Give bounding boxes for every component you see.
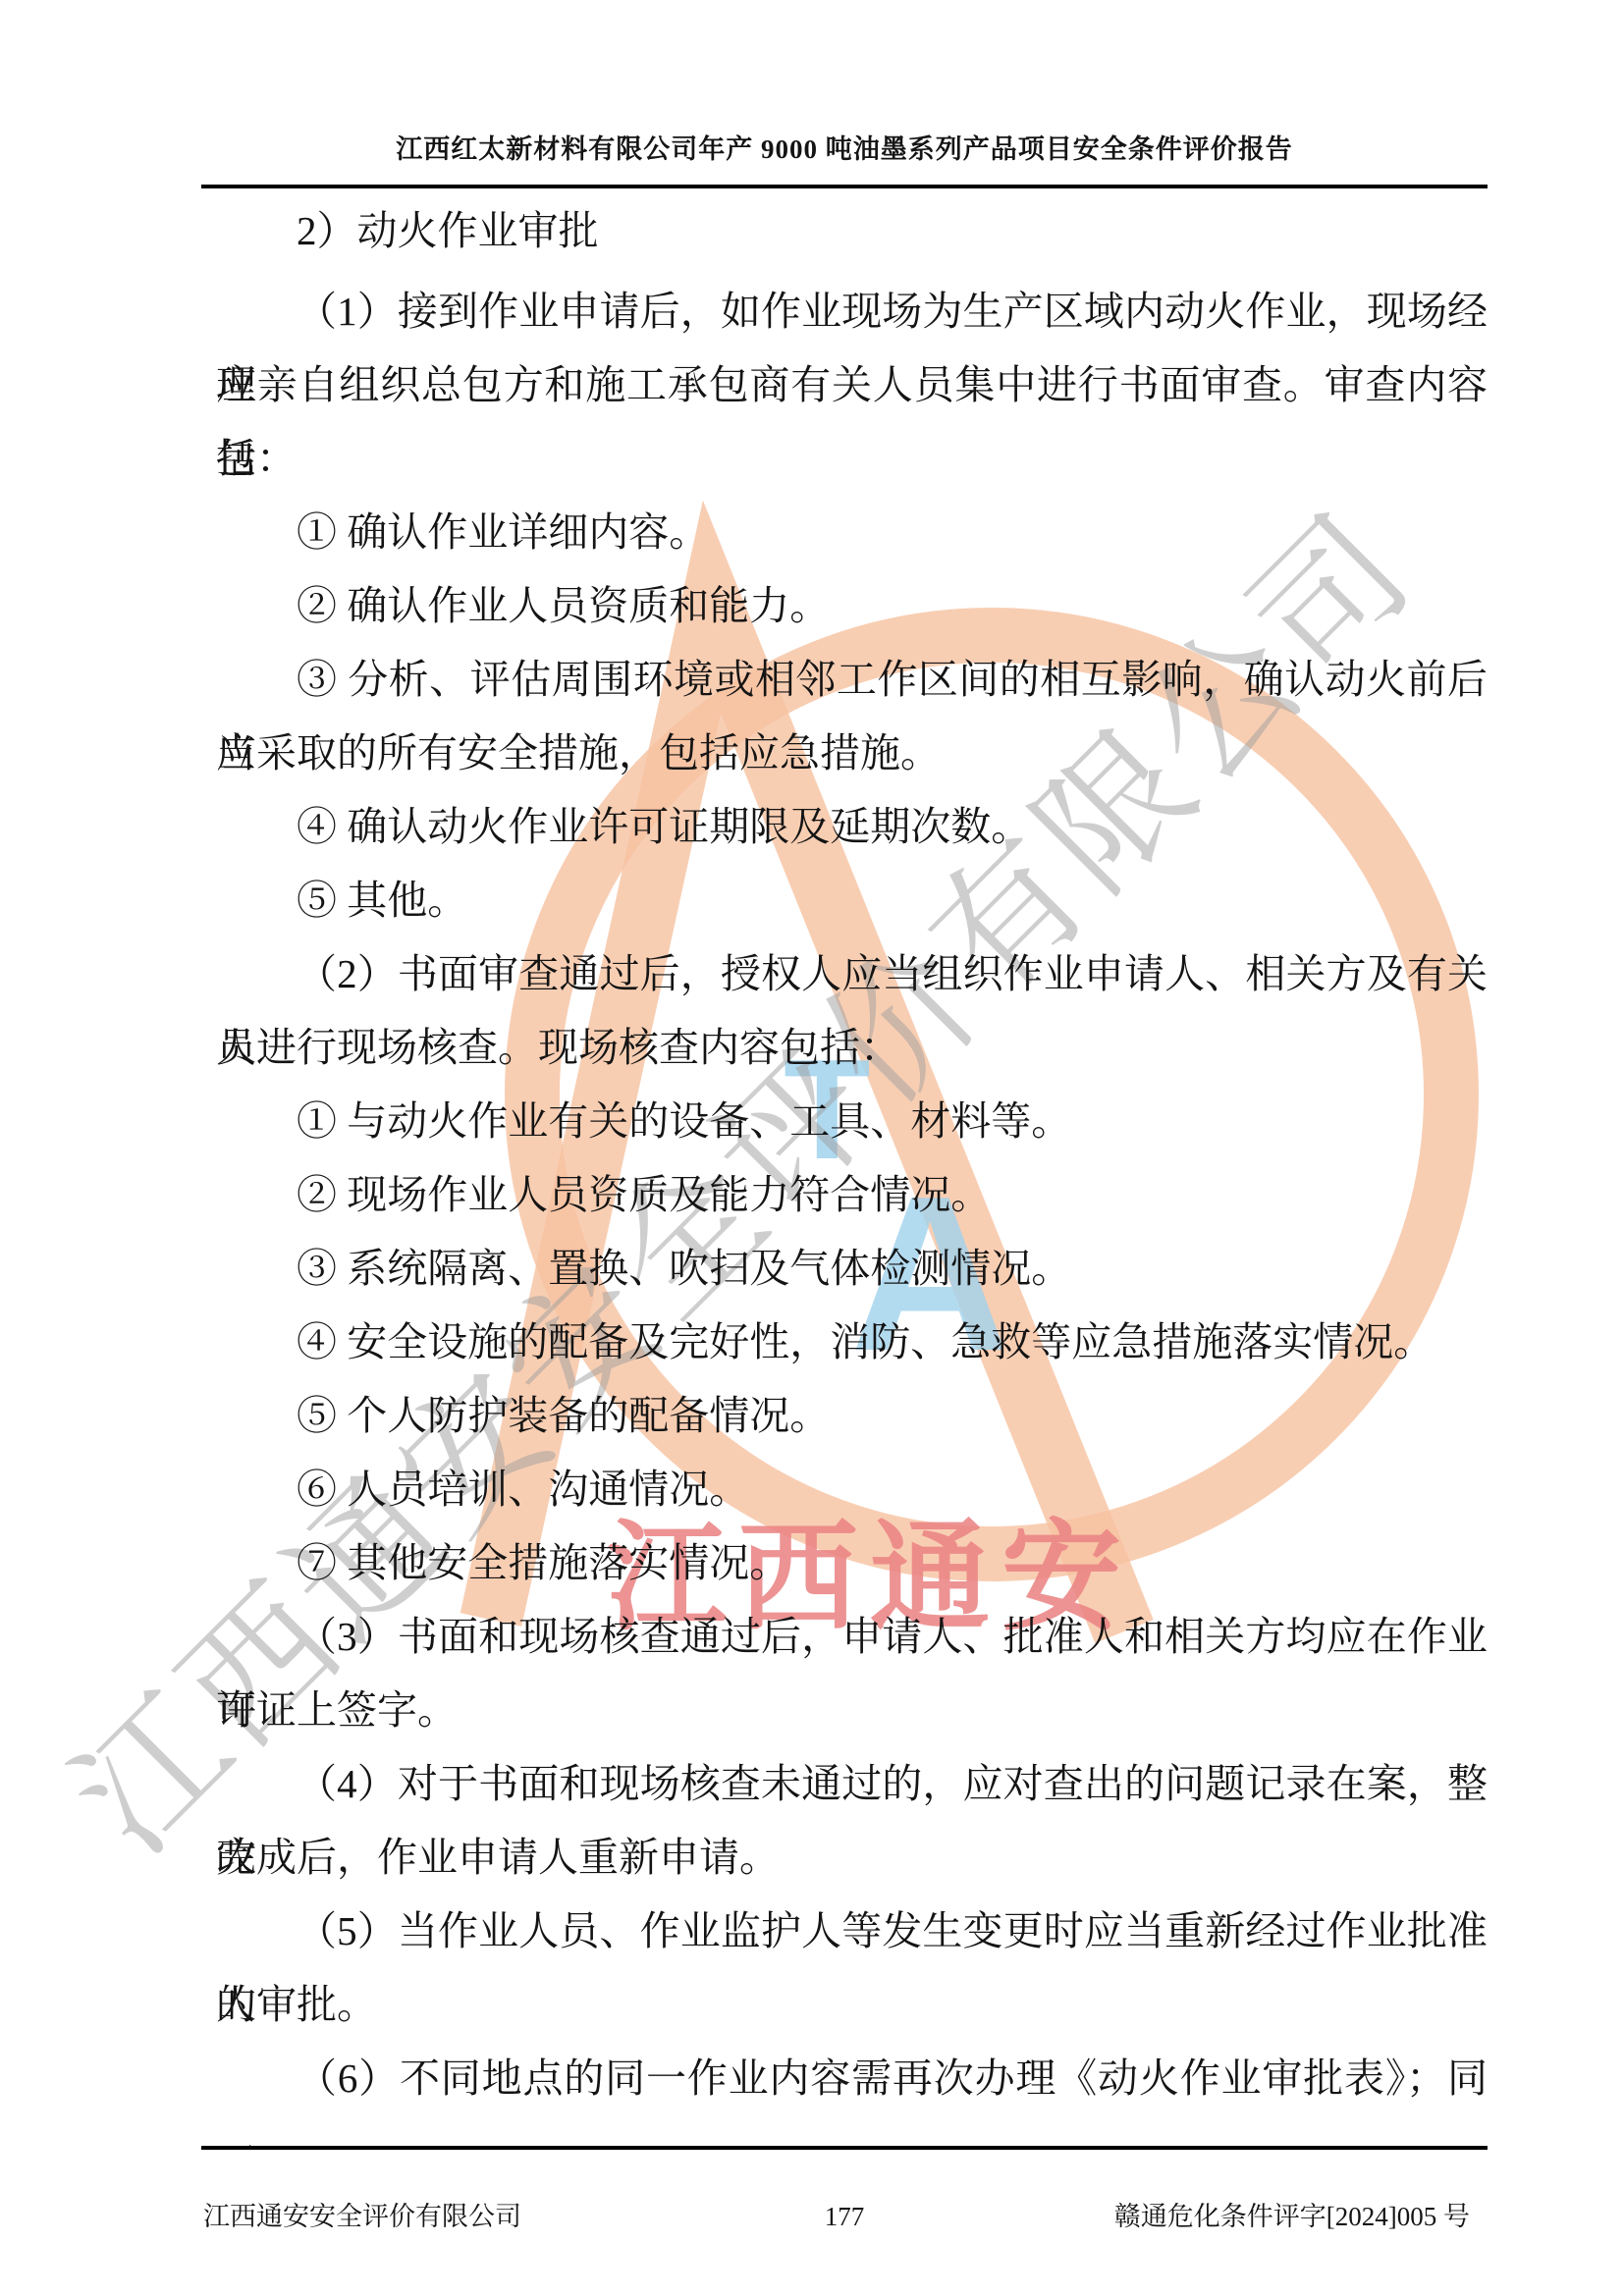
body-line: （4）对于书面和现场核查未通过的，应对查出的问题记录在案，整改 <box>216 1747 1488 1821</box>
body-line: （6）不同地点的同一作业内容需再次办理《动火作业审批表》；同一 <box>216 2042 1488 2115</box>
body-line: （5）当作业人员、作业监护人等发生变更时应当重新经过作业批准人 <box>216 1895 1488 1968</box>
page-header-title: 江西红太新材料有限公司年产 9000 吨油墨系列产品项目安全条件评价报告 <box>201 128 1488 166</box>
body-line: ⑤ 其他。 <box>216 864 1488 937</box>
body-line: ③ 系统隔离、置换、吹扫及气体检测情况。 <box>216 1232 1488 1306</box>
body-line: 可证上签字。 <box>216 1674 1488 1747</box>
body-line: ⑦ 其他安全措施落实情况。 <box>216 1526 1488 1600</box>
body-line: ⑥ 人员培训、沟通情况。 <box>216 1453 1488 1526</box>
document-body: 2）动火作业审批 （1）接到作业申请后，如作业现场为生产区域内动火作业，现场经理… <box>216 194 1488 2115</box>
header-rule <box>201 185 1488 188</box>
body-line: ② 确认作业人员资质和能力。 <box>216 569 1488 643</box>
footer-document-number: 赣通危化条件评字[2024]005 号 <box>1114 2197 1470 2236</box>
body-line: 括： <box>216 422 1488 496</box>
body-line: ② 现场作业人员资质及能力符合情况。 <box>216 1158 1488 1232</box>
body-line: 员进行现场核查。现场核查内容包括： <box>216 1011 1488 1085</box>
body-line: ① 确认作业详细内容。 <box>216 496 1488 569</box>
body-line: ① 与动火作业有关的设备、工具、材料等。 <box>216 1085 1488 1158</box>
body-line: （3）书面和现场核查通过后，申请人、批准人和相关方均应在作业许 <box>216 1600 1488 1674</box>
body-line: 当采取的所有安全措施，包括应急措施。 <box>216 717 1488 790</box>
report-page: T A 江西通安安全评价有限公司 江西通安 江西红太新材料有限公司年产 9000… <box>0 0 1624 2296</box>
body-line: （2）书面审查通过后，授权人应当组织作业申请人、相关方及有关人 <box>216 937 1488 1011</box>
body-line: ③ 分析、评估周围环境或相邻工作区间的相互影响，确认动火前后应 <box>216 643 1488 717</box>
body-line: 完成后，作业申请人重新申请。 <box>216 1821 1488 1895</box>
footer-rule <box>201 2146 1488 2150</box>
body-line: （1）接到作业申请后，如作业现场为生产区域内动火作业，现场经理 <box>216 275 1488 348</box>
body-line: ④ 确认动火作业许可证期限及延期次数。 <box>216 790 1488 864</box>
body-line: 2）动火作业审批 <box>216 194 1488 275</box>
body-line: 的审批。 <box>216 1968 1488 2042</box>
body-line: ⑤ 个人防护装备的配备情况。 <box>216 1379 1488 1453</box>
body-line: ④ 安全设施的配备及完好性，消防、急救等应急措施落实情况。 <box>216 1306 1488 1379</box>
body-line: 应亲自组织总包方和施工承包商有关人员集中进行书面审查。审查内容包 <box>216 348 1488 422</box>
